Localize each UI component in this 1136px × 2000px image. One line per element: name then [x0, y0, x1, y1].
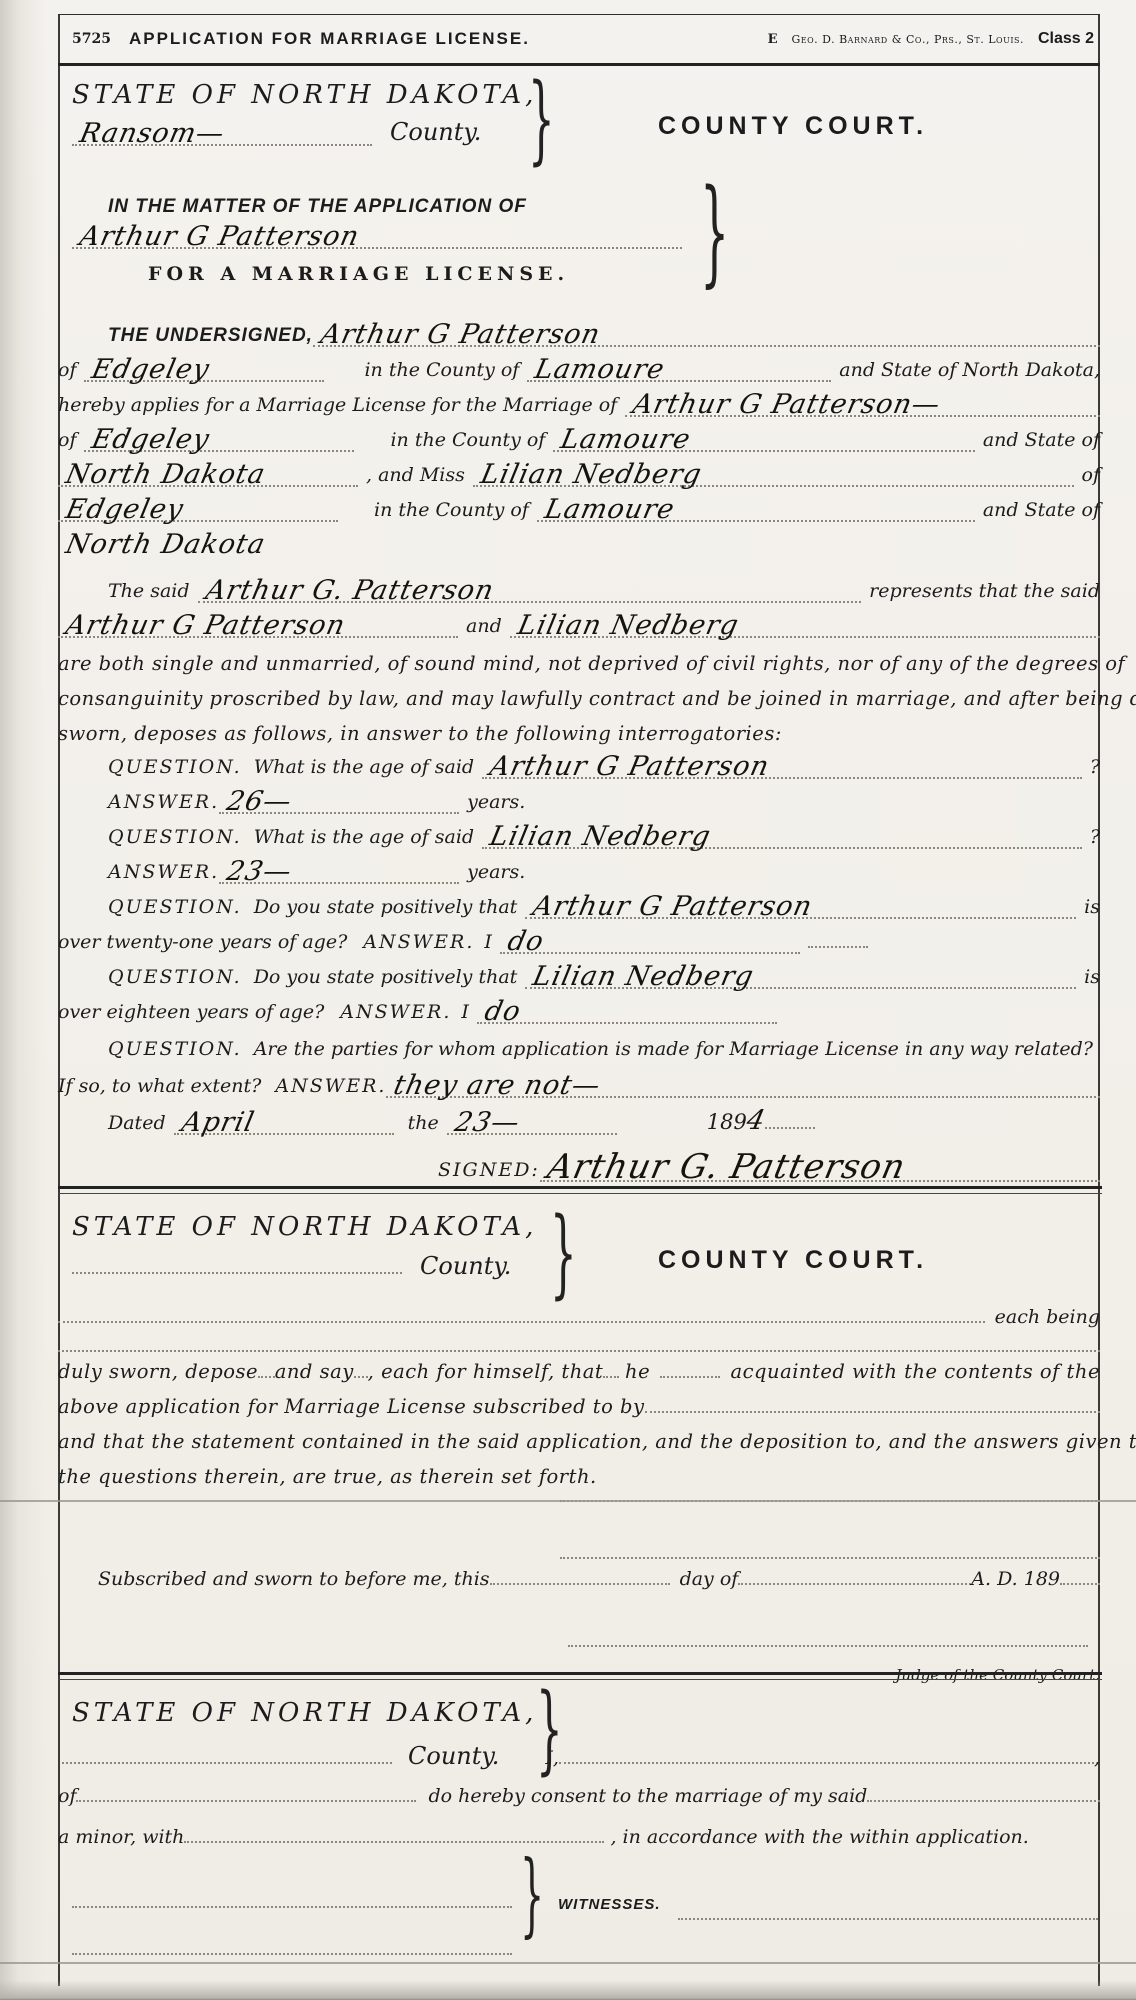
consent-comma: ,: [1094, 1747, 1100, 1769]
caption-block-1: STATE OF NORTH DAKOTA, Ransom— County. }…: [58, 80, 1100, 192]
application-paragraph: THE UNDERSIGNED, Arthur G Patterson of E…: [58, 322, 1100, 567]
scanned-document: 5725 APPLICATION FOR MARRIAGE LICENSE. E…: [0, 0, 1136, 2000]
form-title: APPLICATION FOR MARRIAGE LICENSE.: [129, 29, 530, 49]
jurat-block: Subscribed and sworn to before me, this …: [58, 1568, 1100, 1686]
day-of-label: day of: [680, 1568, 739, 1590]
accordance-label: , in accordance with the within applicat…: [610, 1826, 1028, 1848]
caption-brace-1: }: [528, 62, 555, 175]
a3-trailing-dots: [808, 932, 868, 948]
bride-town-handwritten: Edgeley: [56, 499, 194, 522]
a3-i: I: [484, 931, 492, 953]
q4-name-handwritten: Lilian Nedberg: [523, 966, 764, 989]
state-suffix-1: and State of North Dakota,: [839, 359, 1100, 381]
applicant-blank: Arthur G Patterson: [72, 224, 682, 249]
deposition-line-3: and that the statement contained in the …: [58, 1430, 1136, 1453]
of-suffix-label: of: [1082, 464, 1100, 486]
q3-name-handwritten: Arthur G Patterson: [523, 896, 823, 919]
groom-town-handwritten-2: Edgeley: [82, 429, 220, 452]
county-court-title-1: COUNTY COURT.: [658, 112, 928, 141]
a3-blank: do: [500, 929, 800, 954]
jurat-month-dots: [738, 1569, 971, 1585]
groom-county-handwritten-2: Lamoure: [551, 429, 701, 452]
in-county-label-1: in the County of: [364, 359, 519, 381]
deposition-paragraph: each being duly sworn, depose and say , …: [58, 1306, 1100, 1500]
a3-handwritten: do: [497, 931, 553, 954]
said-bride-blank: Lilian Nedberg: [510, 613, 1100, 638]
matter-line: IN THE MATTER OF THE APPLICATION OF: [58, 196, 1100, 218]
dated-day-blank: 23—: [447, 1110, 617, 1135]
signature-blank: Arthur G. Patterson: [540, 1151, 1100, 1182]
header-right: E Geo. D. Barnard & Co., Prs., St. Louis…: [768, 30, 1100, 48]
state-heading-3: STATE OF NORTH DAKOTA,: [58, 1698, 1100, 1728]
q4-is: is: [1084, 966, 1100, 988]
witnesses-brace: }: [520, 1841, 544, 1947]
printer-mark: E: [768, 32, 778, 47]
year-trailing-dots: [765, 1113, 815, 1129]
legal-text-3: sworn, deposes as follows, in answer to …: [58, 722, 782, 745]
signed-label: SIGNED:: [438, 1159, 540, 1181]
q1-text: What is the age of said: [254, 756, 474, 778]
said-groom2-handwritten: Arthur G Patterson: [56, 615, 356, 638]
scan-edge-left: [0, 0, 46, 2000]
a5-handwritten: they are not—: [384, 1075, 611, 1098]
q4-name-blank: Lilian Nedberg: [525, 964, 1076, 989]
deponent-signature-line-2: [560, 1543, 1100, 1563]
and-state-of-label-2: and State of: [983, 499, 1100, 521]
and-label: and: [466, 615, 502, 637]
state-heading-1: STATE OF NORTH DAKOTA,: [58, 80, 1100, 110]
a2-handwritten: 23—: [217, 861, 302, 884]
years-label-2: years.: [467, 861, 525, 883]
consent-block: STATE OF NORTH DAKOTA, County. I, , } of…: [58, 1698, 1100, 1861]
bride-state-blank: North Dakota: [58, 532, 458, 555]
a4-i: I: [461, 1001, 469, 1023]
the-said-label: The said: [108, 580, 190, 602]
deponents-dots-2: [58, 1336, 1100, 1352]
witnesses-block: } WITNESSES.: [58, 1862, 1100, 1957]
caption-block-2: STATE OF NORTH DAKOTA, County. } COUNTY …: [58, 1212, 1100, 1312]
depose-dots: [258, 1362, 275, 1378]
question-label-4: QUESTION.: [108, 966, 242, 988]
deponents-dots: [58, 1307, 985, 1323]
q2-mark: ?: [1090, 826, 1100, 848]
ad-label: A. D. 189: [971, 1568, 1060, 1590]
deposition-line-1d: he: [625, 1360, 650, 1383]
consent-of-label: of: [58, 1785, 76, 1807]
county-label-2: County.: [420, 1252, 511, 1280]
bride-county-blank: Lamoure: [537, 497, 975, 522]
a1-blank: 26—: [219, 789, 459, 814]
answer-label-1: ANSWER.: [108, 791, 219, 813]
caption-brace-2: }: [550, 1196, 577, 1309]
say-dots: [354, 1362, 368, 1378]
consenter-residence-dots: [76, 1786, 416, 1802]
consenter-name-dots: [559, 1748, 1094, 1764]
groom-county-handwritten-1: Lamoure: [525, 359, 675, 382]
witness-line-3: [678, 1904, 1098, 1920]
dated-day-handwritten: 23—: [444, 1112, 529, 1135]
consent-text: do hereby consent to the marriage of my …: [428, 1785, 867, 1807]
a4-handwritten: do: [474, 1001, 530, 1024]
groom-state-blank: North Dakota: [58, 462, 358, 487]
years-label-1: years.: [467, 791, 525, 813]
said-groom-handwritten: Arthur G. Patterson: [195, 580, 503, 603]
jurat-day-dots: [490, 1569, 670, 1585]
groom-name-blank: Arthur G Patterson—: [625, 392, 1100, 417]
applicant-handwritten: Arthur G Patterson: [70, 226, 370, 249]
applies-label: hereby applies for a Marriage License fo…: [58, 394, 617, 416]
groom-county-blank-1: Lamoure: [527, 357, 831, 382]
fold-line-2: [0, 1962, 1136, 1964]
a4-blank: do: [477, 999, 777, 1024]
q2-name-handwritten: Lilian Nedberg: [480, 826, 721, 849]
matter-brace: }: [700, 164, 729, 299]
q3-is: is: [1084, 896, 1100, 918]
deposition-line-4: the questions therein, are true, as ther…: [58, 1465, 597, 1488]
said-bride-handwritten: Lilian Nedberg: [507, 615, 748, 638]
q3-continuation: over twenty-one years of age?: [58, 931, 347, 953]
dated-month-blank: April: [174, 1110, 394, 1135]
year-printed: 189: [707, 1110, 747, 1134]
q4-text: Do you state positively that: [254, 966, 518, 988]
groom-town-blank-2: Edgeley: [84, 427, 354, 452]
answer-label-5: ANSWER.: [275, 1075, 386, 1097]
deposition-line-2: above application for Marriage License s…: [58, 1395, 645, 1418]
section-divider-1: [58, 1186, 1102, 1194]
groom-county-blank-2: Lamoure: [553, 427, 975, 452]
signature-handwritten: Arthur G. Patterson: [537, 1153, 916, 1182]
he-dots: [660, 1362, 720, 1378]
the-label: the: [408, 1112, 439, 1134]
answer-label-2: ANSWER.: [108, 861, 219, 883]
county-handwritten: Ransom—: [70, 123, 235, 146]
state-heading-2: STATE OF NORTH DAKOTA,: [58, 1212, 1100, 1242]
bride-county-handwritten: Lamoure: [534, 499, 684, 522]
deposition-line-1c: , each for himself, that: [368, 1360, 604, 1383]
subscribed-label: Subscribed and sworn to before me, this: [98, 1568, 490, 1590]
deponent-signature-line-1: [560, 1486, 1100, 1506]
a1-handwritten: 26—: [217, 791, 302, 814]
witness-line-1: [72, 1892, 512, 1908]
q3-text: Do you state positively that: [254, 896, 518, 918]
bride-name-blank: Lilian Nedberg: [473, 462, 1074, 487]
minor-name-dots: [867, 1786, 1100, 1802]
class-label: Class 2: [1038, 30, 1094, 48]
in-county-label-3: in the County of: [374, 499, 529, 521]
judge-signature-dots: [568, 1631, 1088, 1647]
section-divider-2: [58, 1672, 1102, 1680]
answer-label-4: ANSWER.: [340, 1001, 451, 1023]
answer-label-3: ANSWER.: [363, 931, 474, 953]
witnesses-label: WITNESSES.: [558, 1896, 661, 1913]
deposition-line-1e: acquainted with the contents of the: [730, 1360, 1100, 1383]
groom-town-handwritten-1: Edgeley: [82, 359, 220, 382]
witness-line-2: [72, 1939, 512, 1955]
question-label-1: QUESTION.: [108, 756, 242, 778]
of-label-2: of: [58, 429, 76, 451]
and-state-of-label-1: and State of: [983, 429, 1100, 451]
matter-block: IN THE MATTER OF THE APPLICATION OF Arth…: [58, 196, 1100, 314]
said-groom-blank: Arthur G. Patterson: [198, 578, 862, 603]
a5-blank: they are not—: [386, 1073, 1100, 1098]
scan-edge-bottom: [0, 1980, 1136, 2000]
for-license-line: FOR A MARRIAGE LICENSE.: [58, 263, 1100, 285]
bride-town-blank: Edgeley: [58, 497, 338, 522]
that-dots: [603, 1362, 619, 1378]
groom-name-handwritten: Arthur G Patterson—: [623, 394, 951, 417]
undersigned-label: THE UNDERSIGNED,: [108, 325, 313, 347]
q4-continuation: over eighteen years of age?: [58, 1001, 324, 1023]
bride-state-handwritten: North Dakota: [56, 534, 276, 557]
question-label-3: QUESTION.: [108, 896, 242, 918]
of-label-1: of: [58, 359, 76, 381]
in-county-label-2: in the County of: [390, 429, 545, 451]
dated-label: Dated: [108, 1112, 166, 1134]
a2-blank: 23—: [219, 859, 459, 884]
undersigned-name-handwritten: Arthur G Patterson: [311, 324, 611, 347]
printer-imprint: Geo. D. Barnard & Co., Prs., St. Louis.: [792, 33, 1024, 46]
said-groom2-blank: Arthur G Patterson: [58, 613, 458, 638]
year-digit-handwritten: 4: [744, 1110, 767, 1133]
subscribed-by-dots: [645, 1397, 1100, 1413]
form-header: 5725 APPLICATION FOR MARRIAGE LICENSE. E…: [58, 14, 1100, 66]
county-blank-2: [72, 1252, 402, 1274]
interrogatories: QUESTION. What is the age of said Arthur…: [58, 754, 1100, 1186]
groom-state-handwritten: North Dakota: [56, 464, 276, 487]
county-label-3: County.: [408, 1742, 499, 1770]
each-being-label: each being: [995, 1306, 1100, 1328]
and-miss-label: , and Miss: [366, 464, 465, 486]
minor-label: a minor, with: [58, 1826, 184, 1848]
county-court-title-2: COUNTY COURT.: [658, 1246, 928, 1275]
fold-line-1: [0, 1500, 1136, 1502]
q3-name-blank: Arthur G Patterson: [525, 894, 1076, 919]
dated-month-handwritten: April: [171, 1112, 264, 1135]
deposition-line-1b: and say: [275, 1360, 354, 1383]
groom-town-blank-1: Edgeley: [84, 357, 324, 382]
question-label-2: QUESTION.: [108, 826, 242, 848]
q5-text: Are the parties for whom application is …: [254, 1038, 1093, 1060]
bride-name-handwritten: Lilian Nedberg: [470, 464, 711, 487]
county-blank-3: [62, 1748, 392, 1764]
q2-text: What is the age of said: [254, 826, 474, 848]
represents-paragraph: The said Arthur G. Patterson represents …: [58, 578, 1100, 757]
represents-label: represents that the said: [869, 580, 1100, 602]
q5-continuation: If so, to what extent?: [58, 1075, 261, 1097]
deposition-line-1a: duly sworn, depose: [58, 1360, 258, 1383]
undersigned-name-blank: Arthur G Patterson: [313, 322, 1100, 347]
caption-brace-3: }: [536, 1672, 563, 1785]
form-number: 5725: [72, 31, 111, 47]
q1-name-blank: Arthur G Patterson: [482, 754, 1082, 779]
q1-mark: ?: [1090, 756, 1100, 778]
question-label-5: QUESTION.: [108, 1038, 242, 1060]
legal-text-1: are both single and unmarried, of sound …: [58, 652, 1125, 675]
q2-name-blank: Lilian Nedberg: [482, 824, 1082, 849]
ad-trailing-dots: [1060, 1569, 1100, 1585]
county-label-1: County.: [390, 118, 481, 146]
q1-name-handwritten: Arthur G Patterson: [480, 756, 780, 779]
county-blank-1: Ransom—: [72, 121, 372, 146]
legal-text-2: consanguinity proscribed by law, and may…: [58, 687, 1136, 710]
